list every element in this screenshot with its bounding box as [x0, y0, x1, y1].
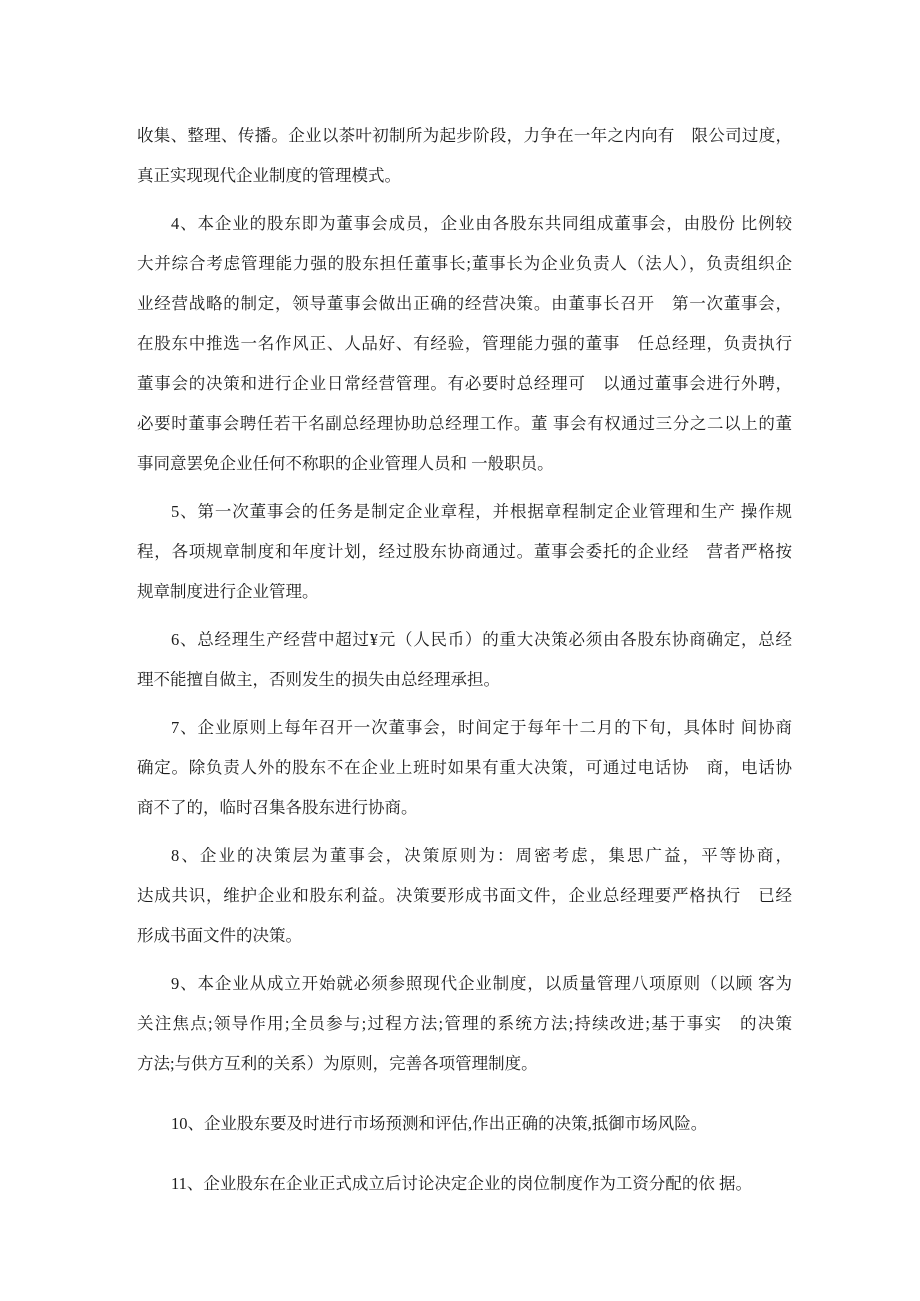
- text-line: 关注焦点;领导作用;全员参与;过程方法;管理的系统方法;持续改进;基于事实 的决…: [137, 1004, 792, 1044]
- text-line: 在股东中推选一名作风正、人品好、有经验，管理能力强的董事 任总经理，负责执行: [137, 324, 792, 364]
- text-line: 9、本企业从成立开始就必须参照现代企业制度，以质量管理八项原则（以顾 客为: [137, 964, 792, 1004]
- text-line: 达成共识，维护企业和股东利益。决策要形成书面文件，企业总经理要严格执行 已经: [137, 876, 792, 916]
- paragraph-item-7: 7、企业原则上每年召开一次董事会，时间定于每年十二月的下旬，具体时 间协商确定。…: [137, 708, 792, 828]
- paragraph-item-8: 8、企业的决策层为董事会，决策原则为：周密考虑，集思广益，平等协商，达成共识，维…: [137, 836, 792, 956]
- paragraph-intro-continued: 收集、整理、传播。企业以茶叶初制所为起步阶段，力争在一年之内向有 限公司过度，真…: [137, 116, 792, 196]
- text-line: 事同意罢免企业任何不称职的企业管理人员和 一般职员。: [137, 444, 792, 484]
- text-line: 8、企业的决策层为董事会，决策原则为：周密考虑，集思广益，平等协商，: [137, 836, 792, 876]
- document-text-block: 收集、整理、传播。企业以茶叶初制所为起步阶段，力争在一年之内向有 限公司过度，真…: [137, 116, 792, 1204]
- text-line: 6、总经理生产经营中超过¥元（人民币）的重大决策必须由各股东协商确定，总经: [137, 620, 792, 660]
- text-line: 真正实现现代企业制度的管理模式。: [137, 156, 792, 196]
- text-line: 10、企业股东要及时进行市场预测和评估,作出正确的决策,抵御市场风险。: [137, 1104, 792, 1144]
- paragraph-item-11: 11、企业股东在企业正式成立后讨论决定企业的岗位制度作为工资分配的依 据。: [137, 1164, 792, 1204]
- text-line: 商不了的，临时召集各股东进行协商。: [137, 788, 792, 828]
- paragraph-item-4: 4、本企业的股东即为董事会成员，企业由各股东共同组成董事会，由股份 比例较大并综…: [137, 204, 792, 484]
- text-line: 规章制度进行企业管理。: [137, 572, 792, 612]
- text-line: 确定。除负责人外的股东不在企业上班时如果有重大决策，可通过电话协 商，电话协: [137, 748, 792, 788]
- text-line: 理不能擅自做主，否则发生的损失由总经理承担。: [137, 660, 792, 700]
- text-line: 收集、整理、传播。企业以茶叶初制所为起步阶段，力争在一年之内向有 限公司过度，: [137, 116, 792, 156]
- text-line: 大并综合考虑管理能力强的股东担任董事长;董事长为企业负责人（法人），负责组织企: [137, 244, 792, 284]
- paragraph-item-9: 9、本企业从成立开始就必须参照现代企业制度，以质量管理八项原则（以顾 客为关注焦…: [137, 964, 792, 1084]
- paragraph-item-6: 6、总经理生产经营中超过¥元（人民币）的重大决策必须由各股东协商确定，总经理不能…: [137, 620, 792, 700]
- text-line: 必要时董事会聘任若干名副总经理协助总经理工作。董 事会有权通过三分之二以上的董: [137, 404, 792, 444]
- text-line: 程，各项规章制度和年度计划，经过股东协商通过。董事会委托的企业经 营者严格按: [137, 532, 792, 572]
- paragraph-item-10: 10、企业股东要及时进行市场预测和评估,作出正确的决策,抵御市场风险。: [137, 1104, 792, 1144]
- text-line: 方法;与供方互利的关系）为原则，完善各项管理制度。: [137, 1044, 792, 1084]
- text-line: 5、第一次董事会的任务是制定企业章程，并根据章程制定企业管理和生产 操作规: [137, 492, 792, 532]
- paragraph-item-5: 5、第一次董事会的任务是制定企业章程，并根据章程制定企业管理和生产 操作规程，各…: [137, 492, 792, 612]
- text-line: 董事会的决策和进行企业日常经营管理。有必要时总经理可 以通过董事会进行外聘，: [137, 364, 792, 404]
- text-line: 11、企业股东在企业正式成立后讨论决定企业的岗位制度作为工资分配的依 据。: [137, 1164, 792, 1204]
- text-line: 业经营战略的制定，领导董事会做出正确的经营决策。由董事长召开 第一次董事会，: [137, 284, 792, 324]
- text-line: 4、本企业的股东即为董事会成员，企业由各股东共同组成董事会，由股份 比例较: [137, 204, 792, 244]
- text-line: 7、企业原则上每年召开一次董事会，时间定于每年十二月的下旬，具体时 间协商: [137, 708, 792, 748]
- text-line: 形成书面文件的决策。: [137, 916, 792, 956]
- document-page: 收集、整理、传播。企业以茶叶初制所为起步阶段，力争在一年之内向有 限公司过度，真…: [0, 0, 920, 1301]
